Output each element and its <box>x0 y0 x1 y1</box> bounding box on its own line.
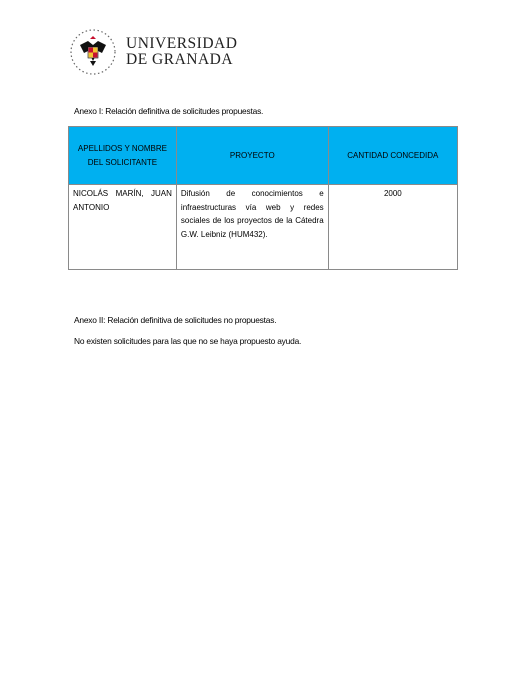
column-header-project: PROYECTO <box>176 127 328 185</box>
table-row: NICOLÁS MARÍN, JUAN ANTONIO Difusión de … <box>69 185 458 270</box>
annex-2-note: No existen solicitudes para las que no s… <box>74 336 301 346</box>
annex-1-title: Anexo I: Relación definitiva de solicitu… <box>74 106 263 116</box>
column-header-applicant: APELLIDOS Y NOMBRE DEL SOLICITANTE <box>69 127 177 185</box>
annex-2-title: Anexo II: Relación definitiva de solicit… <box>74 315 276 325</box>
project-cell: Difusión de conocimientos e infraestruct… <box>176 185 328 270</box>
university-logo: UNIVERSIDAD DE GRANADA <box>68 27 237 77</box>
proposed-requests-table: APELLIDOS Y NOMBRE DEL SOLICITANTE PROYE… <box>68 126 458 270</box>
column-header-amount: CANTIDAD CONCEDIDA <box>328 127 457 185</box>
university-seal-icon <box>68 27 118 77</box>
applicant-cell: NICOLÁS MARÍN, JUAN ANTONIO <box>69 185 177 270</box>
table-header-row: APELLIDOS Y NOMBRE DEL SOLICITANTE PROYE… <box>69 127 458 185</box>
logo-line-2: DE GRANADA <box>126 52 237 68</box>
logo-line-1: UNIVERSIDAD <box>126 36 237 52</box>
amount-cell: 2000 <box>328 185 457 270</box>
